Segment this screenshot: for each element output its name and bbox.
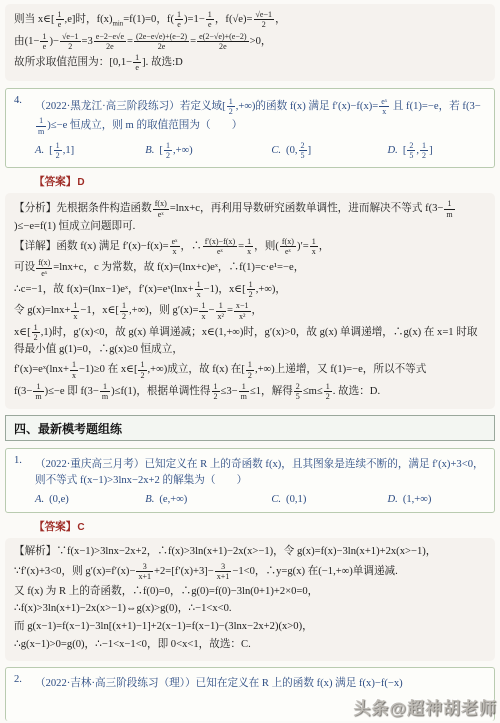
option-d: D.(1,+∞) [388,494,486,505]
question-4-box: 4. （2022·黑龙江·高三阶段练习）若定义域[12,+∞)的函数 f(x) … [5,88,495,169]
option-a: A.(0,e) [35,494,145,505]
analysis-line: 又 f(x) 为 R 上的奇函数，∴f(0)=0，∴g(0)=f(0)−3ln(… [14,584,486,600]
analysis-line: ∵f′(x)+3<0，则 g′(x)=f′(x)−3x+1+2=[f′(x)+3… [14,562,486,582]
previous-solution-block: 则当 x∈[1e,e]时，f(x)min=f(1)=0，f(1e)=1−1e，f… [5,4,495,81]
option-d: D.[25,12] [388,141,486,161]
solution-line: 由(1−1e)−√e−12=3e−2−e√e2e=(2e−e√e)+(e−2)2… [14,32,486,52]
detail-line: 【详解】函数 f(x) 满足 f′(x)−f(x)=eˣx，∴f′(x)−f(x… [14,237,486,257]
option-c: C.(0,25] [271,141,387,161]
explanation-block-q1: 【解析】∵f(x−1)>3lnx−2x+2，∴f(x)>3ln(x+1)−2x(… [5,538,495,661]
answer-line-q4: 【答案】D [34,174,495,189]
detail-line: 令 g(x)=lnx+1x−1，x∈[12,+∞)，则 g′(x)=1x−1x²… [14,301,486,321]
option-b: B.(e,+∞) [145,494,271,505]
detail-line: 可设f(x)eˣ=lnx+c，c 为常数，故 f(x)=(lnx+c)eˣ，∴f… [14,258,486,278]
answer-line-q1: 【答案】C [34,519,495,534]
question-stem: （2022·重庆高三月考）已知定义在 R 上的奇函数 f(x)，且其图象是连续不… [35,457,486,489]
detail-line: x∈[12,1)时，g′(x)<0，故 g(x) 单调递减；x∈(1,+∞)时，… [14,323,486,358]
section-header-box: 四、最新模考题组练 [5,415,495,441]
detail-line: ∴c=−1，故 f(x)=(lnx−1)eˣ，f′(x)=eˣ(lnx+1x−1… [14,280,486,300]
question-number: 1. [14,455,35,505]
analysis-line: 【分析】先根据条件构造函数f(x)eˣ=lnx+c，再利用导数研究函数单调性，进… [14,199,486,234]
section-title: 四、最新模考题组练 [14,422,122,436]
explanation-block-q4: 【分析】先根据条件构造函数f(x)eˣ=lnx+c，再利用导数研究函数单调性，进… [5,193,495,409]
question-number: 2. [14,674,35,694]
options-row: A.[12,1] B.[12,+∞) C.(0,25] D.[25,12] [35,141,486,161]
option-b: B.[12,+∞) [145,141,271,161]
question-number: 4. [14,95,35,161]
options-row: A.(0,e) B.(e,+∞) C.(0,1) D.(1,+∞) [35,494,486,505]
detail-line: f′(x)=eˣ(lnx+1x−1)≥0 在 x∈[12,+∞)成立，故 f(x… [14,360,486,380]
analysis-line: ∴g(x−1)>0=g(0)，∴−1<x−1<0，即 0<x<1，故选：C. [14,637,486,653]
analysis-line: ∴f(x)>3ln(x+1)−2x(x>−1)⇔g(x)>g(0)，∴−1<x<… [14,601,486,617]
detail-line: f(3−1m)≤−e 即 f(3−1m)≤f(1)，根据单调性得12≤3−1m≤… [14,382,486,402]
analysis-line: 【解析】∵f(x−1)>3lnx−2x+2，∴f(x)>3ln(x+1)−2x(… [14,544,486,560]
option-a: A.[12,1] [35,141,145,161]
question-1-box: 1. （2022·重庆高三月考）已知定义在 R 上的奇函数 f(x)，且其图象是… [5,448,495,513]
watermark: 头条@超神胡老师 [353,694,497,719]
question-stem: （2022·黑龙江·高三阶段练习）若定义域[12,+∞)的函数 f(x) 满足 … [35,97,486,136]
analysis-line: 而 g(x−1)=f(x−1)−3ln[(x+1)−1]+2(x−1)=f(x−… [14,619,486,635]
question-stem: （2022·吉林·高三阶段练习（理））已知在定义在 R 上的函数 f(x) 满足… [35,676,486,692]
solution-line: 则当 x∈[1e,e]时，f(x)min=f(1)=0，f(1e)=1−1e，f… [14,10,486,30]
option-c: C.(0,1) [271,494,387,505]
solution-line: 故所求取值范围为：[0,1−1e]. 故选:D [14,53,486,73]
